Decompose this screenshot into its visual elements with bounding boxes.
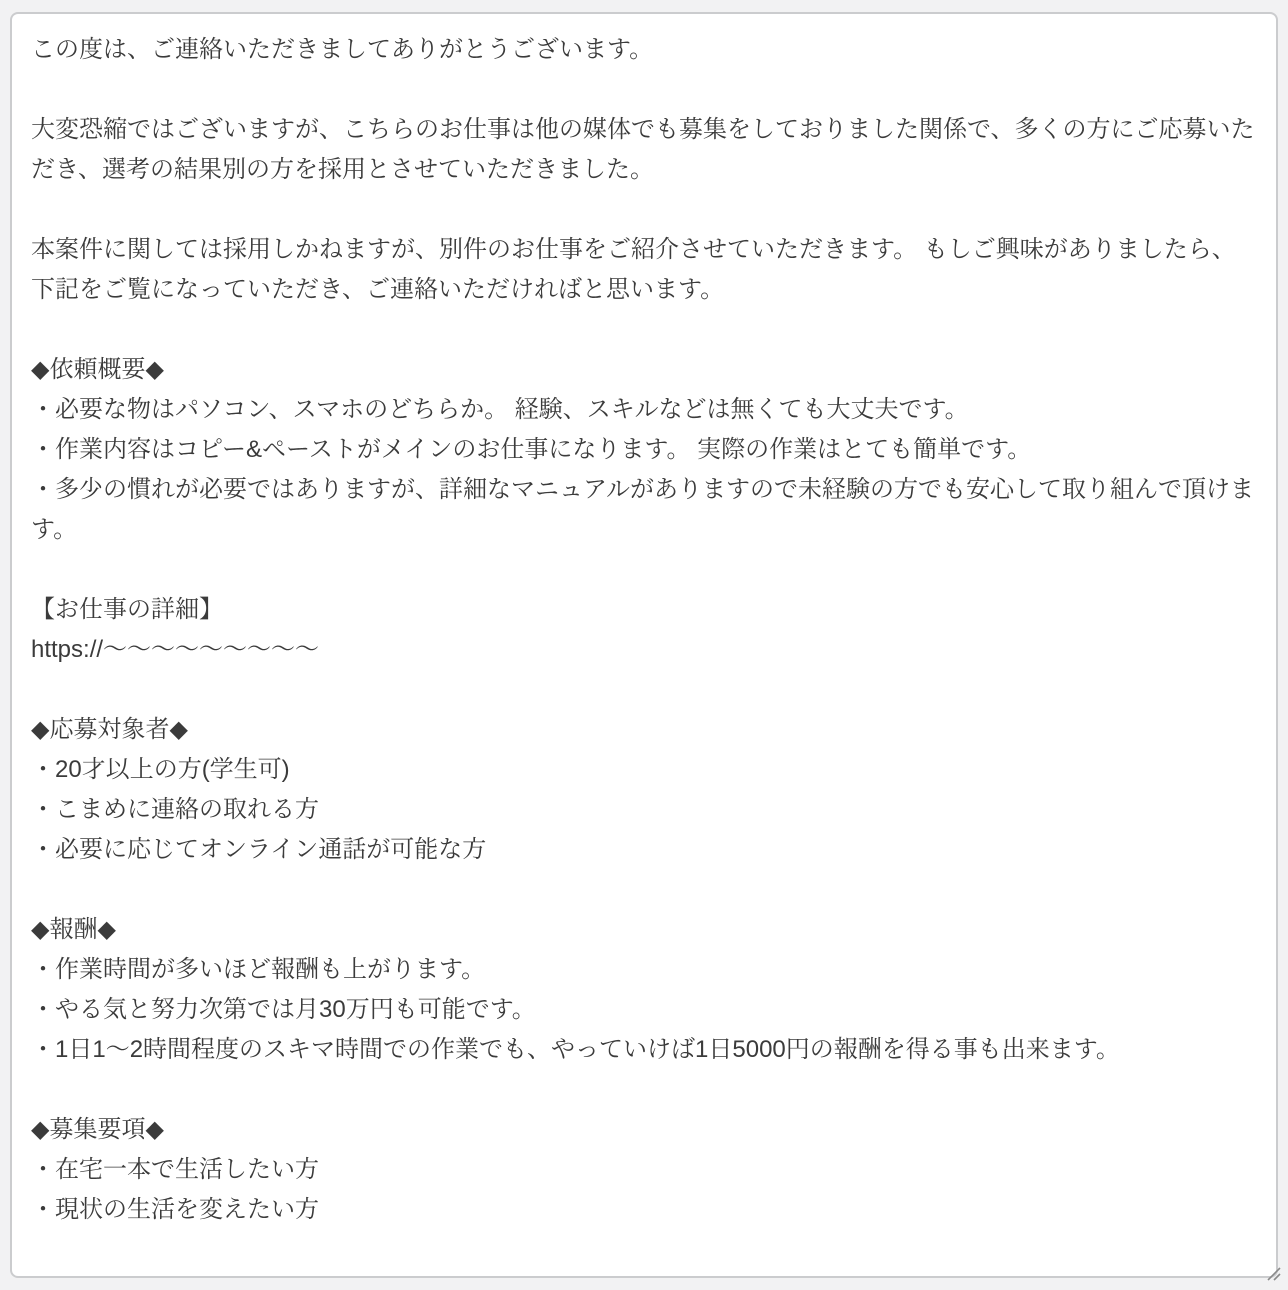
message-textarea[interactable]: この度は、ご連絡いただきましてありがとうございます。 大変恐縮ではございますが、…	[10, 12, 1278, 1278]
message-text: この度は、ご連絡いただきましてありがとうございます。 大変恐縮ではございますが、…	[31, 30, 1257, 1230]
resize-grip-icon[interactable]	[1265, 1265, 1281, 1281]
